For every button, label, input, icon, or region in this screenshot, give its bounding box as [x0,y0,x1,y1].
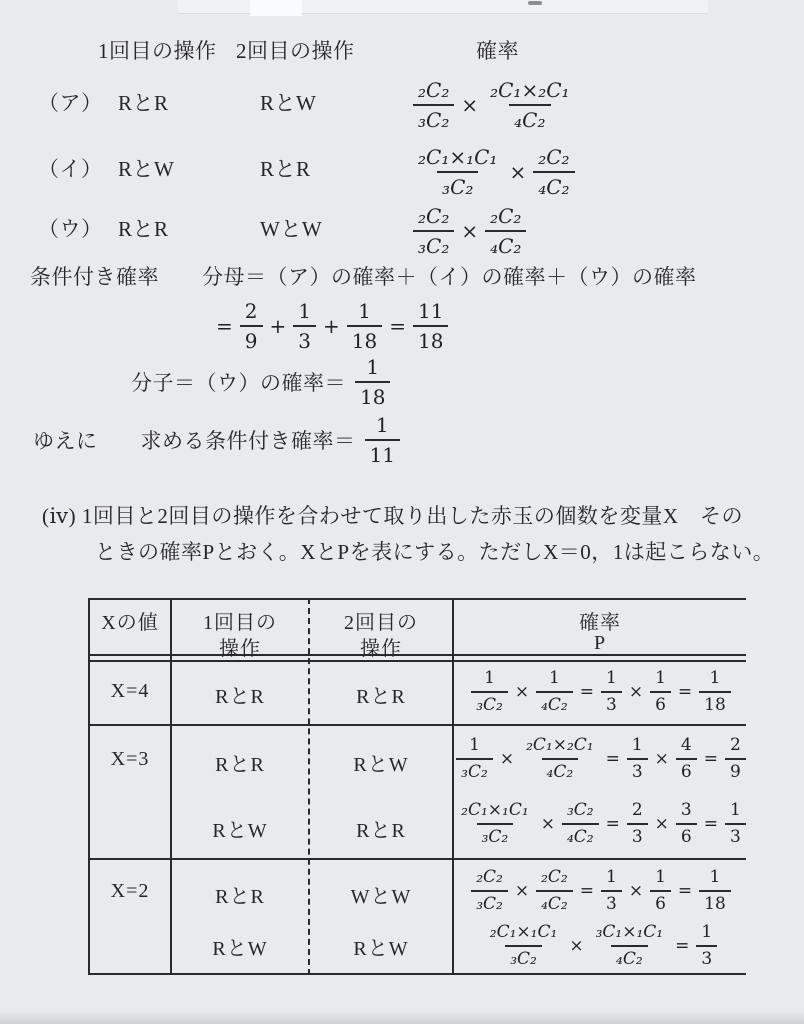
ptable-header-op1-line2: 操作 [172,632,308,661]
fraction: 46 [676,737,697,781]
ptable-op2: RとR [310,680,452,709]
math-operator: = [606,814,620,834]
math-operator: = [580,682,594,702]
scanned-worksheet: 1回目の操作 2回目の操作 確率 （ア） RとR RとW ₂C₂₃C₂×₂C₁×… [0,0,804,1024]
numerator-value: 118 [352,357,393,407]
fraction: 118 [699,869,731,913]
ptable-op1: RとR [172,748,308,777]
ptable-header-op1-line1: 1回目の [172,606,308,635]
denominator-sum-line: =29+13+118=1118 [212,298,451,354]
fraction: ₂C₁×₁C₁₃C₂ [456,802,534,846]
fraction: ₂C₁×₁C₁₃C₂ [485,924,563,968]
ptable-x-value: X=2 [90,880,170,903]
conditional-heading: 条件付き確率 分母＝（ア）の確率＋（イ）の確率＋（ウ）の確率 [30,264,697,290]
ptable-formula: 1₃C₂×1₄C₂=13×16=118 [456,661,746,723]
case-row-op2: WとW [260,216,322,242]
conclusion-label: ゆえに 求める条件付き確率＝ [33,425,356,455]
fraction: ₃C₁×₁C₁₄C₂ [591,924,669,968]
ptable-op2: RとW [310,748,452,777]
math-operator: = [704,749,718,769]
table-border-top [88,598,746,600]
fraction: 118 [355,357,390,407]
fraction: ₂C₂₄C₂ [533,147,574,197]
tape-bright-artifact [250,0,302,16]
math-operator: × [461,219,478,243]
math-operator: × [461,93,478,117]
ptable-x-value: X=4 [90,680,170,703]
denominator-sum-formula: =29+13+118=1118 [212,301,451,351]
conclusion-line: ゆえに 求める条件付き確率＝ 111 [33,414,403,466]
conclusion-value: 111 [362,415,403,465]
fraction: 16 [650,670,671,714]
fraction: 118 [347,301,382,351]
case-row-op2: RとW [260,90,316,116]
case-table-header-op1: 1回目の操作 [98,38,217,64]
fraction: 13 [601,670,622,714]
case-row-label: （イ） [38,156,103,182]
fraction: 13 [601,869,622,913]
ptable-header-op2-line2: 操作 [310,632,452,661]
fraction: ₂C₂₃C₂ [413,206,454,256]
fraction: ₂C₁×₂C₁₄C₂ [485,80,574,130]
numerator-label: 分子＝（ウ）の確率＝ [131,367,346,397]
math-operator: × [515,682,529,702]
ptable-op2: WとW [310,880,452,909]
fraction: ₂C₂₃C₂ [471,869,508,913]
fraction: 29 [725,737,746,781]
ptable-header-p-line2: P [454,632,746,655]
math-operator: + [323,314,340,338]
case-row-formula: ₂C₂₃C₂×₂C₁×₂C₁₄C₂ [410,74,670,136]
case-row-op1: RとW [118,156,174,182]
math-operator: × [629,881,643,901]
math-operator: + [270,314,287,338]
fraction: 13 [627,737,648,781]
ptable-op2: RとR [310,814,452,843]
math-operator: × [655,814,669,834]
ptable-formula: ₂C₁×₁C₁₃C₂×₃C₁×₁C₁₄C₂=13 [456,918,746,974]
ptable-formula: 1₃C₂×₂C₁×₂C₁₄C₂=13×46=29 [456,727,746,791]
math-operator: × [655,749,669,769]
problem-iv-line1: (ⅳ) 1回目と2回目の操作を合わせて取り出した赤玉の個数を変量X その [42,503,743,529]
math-operator: = [675,936,689,956]
fraction: ₂C₁×₂C₁₄C₂ [521,737,599,781]
fraction: 29 [240,301,263,351]
fraction: 36 [676,802,697,846]
fraction: 13 [293,301,316,351]
fraction: 13 [696,924,717,968]
ptable-op2: RとW [310,932,452,961]
ptable-op1: RとR [172,680,308,709]
ptable-op1: RとW [172,814,308,843]
fraction: ₂C₂₄C₂ [536,869,573,913]
ptable-op1: RとR [172,880,308,909]
table-row-rule-x4 [88,724,746,726]
ptable-header-op2-line1: 2回目の [310,606,452,635]
fraction: ₃C₂₄C₂ [562,802,599,846]
fraction: 1₄C₂ [536,670,573,714]
table-border-left [88,598,90,975]
case-row-formula: ₂C₂₃C₂×₂C₂₄C₂ [410,200,670,262]
math-operator: × [541,814,555,834]
math-operator: × [515,881,529,901]
ptable-x-value: X=3 [90,748,170,771]
scan-speck [528,1,542,5]
fraction: ₂C₂₃C₂ [413,80,454,130]
problem-iv-line2: ときの確率Pとおく。XとPを表にする。ただしX＝0，1は起こらない。 [95,539,774,565]
math-operator: = [704,814,718,834]
math-operator: × [509,160,526,184]
fraction: ₂C₂₄C₂ [485,206,526,256]
math-operator: × [500,749,514,769]
math-operator: = [580,881,594,901]
case-row-label: （ウ） [38,216,103,242]
ptable-formula: ₂C₂₃C₂×₂C₂₄C₂=13×16=118 [456,860,746,922]
case-row-op1: RとR [118,90,169,116]
case-row-op2: RとR [260,156,311,182]
math-operator: = [678,682,692,702]
case-row-formula: ₂C₁×₁C₁₃C₂×₂C₂₄C₂ [410,141,670,203]
ptable-op1: RとW [172,932,308,961]
fraction: 1₃C₂ [456,737,493,781]
math-operator: × [629,682,643,702]
case-table-header-op2: 2回目の操作 [236,38,355,64]
case-row-label: （ア） [38,90,103,116]
math-operator: = [606,749,620,769]
case-row-op1: RとR [118,216,169,242]
ptable-header-x: Xの値 [90,606,170,635]
math-operator: = [389,314,406,338]
fraction: 111 [365,415,400,465]
fraction: 16 [650,869,671,913]
case-table-header-prob: 確率 [476,38,519,64]
fraction: 23 [627,802,648,846]
math-operator: × [569,936,583,956]
ptable-header-p-line1: 確率 [454,606,746,635]
fraction: 13 [725,802,746,846]
ptable-formula: ₂C₁×₁C₁₃C₂×₃C₂₄C₂=23×36=13 [456,792,746,856]
fraction: 118 [699,670,731,714]
fraction: 1118 [413,301,448,351]
math-operator: = [678,881,692,901]
numerator-line: 分子＝（ウ）の確率＝ 118 [131,356,393,408]
fraction: 1₃C₂ [471,670,508,714]
math-operator: = [216,314,233,338]
fraction: ₂C₁×₁C₁₃C₂ [413,147,502,197]
